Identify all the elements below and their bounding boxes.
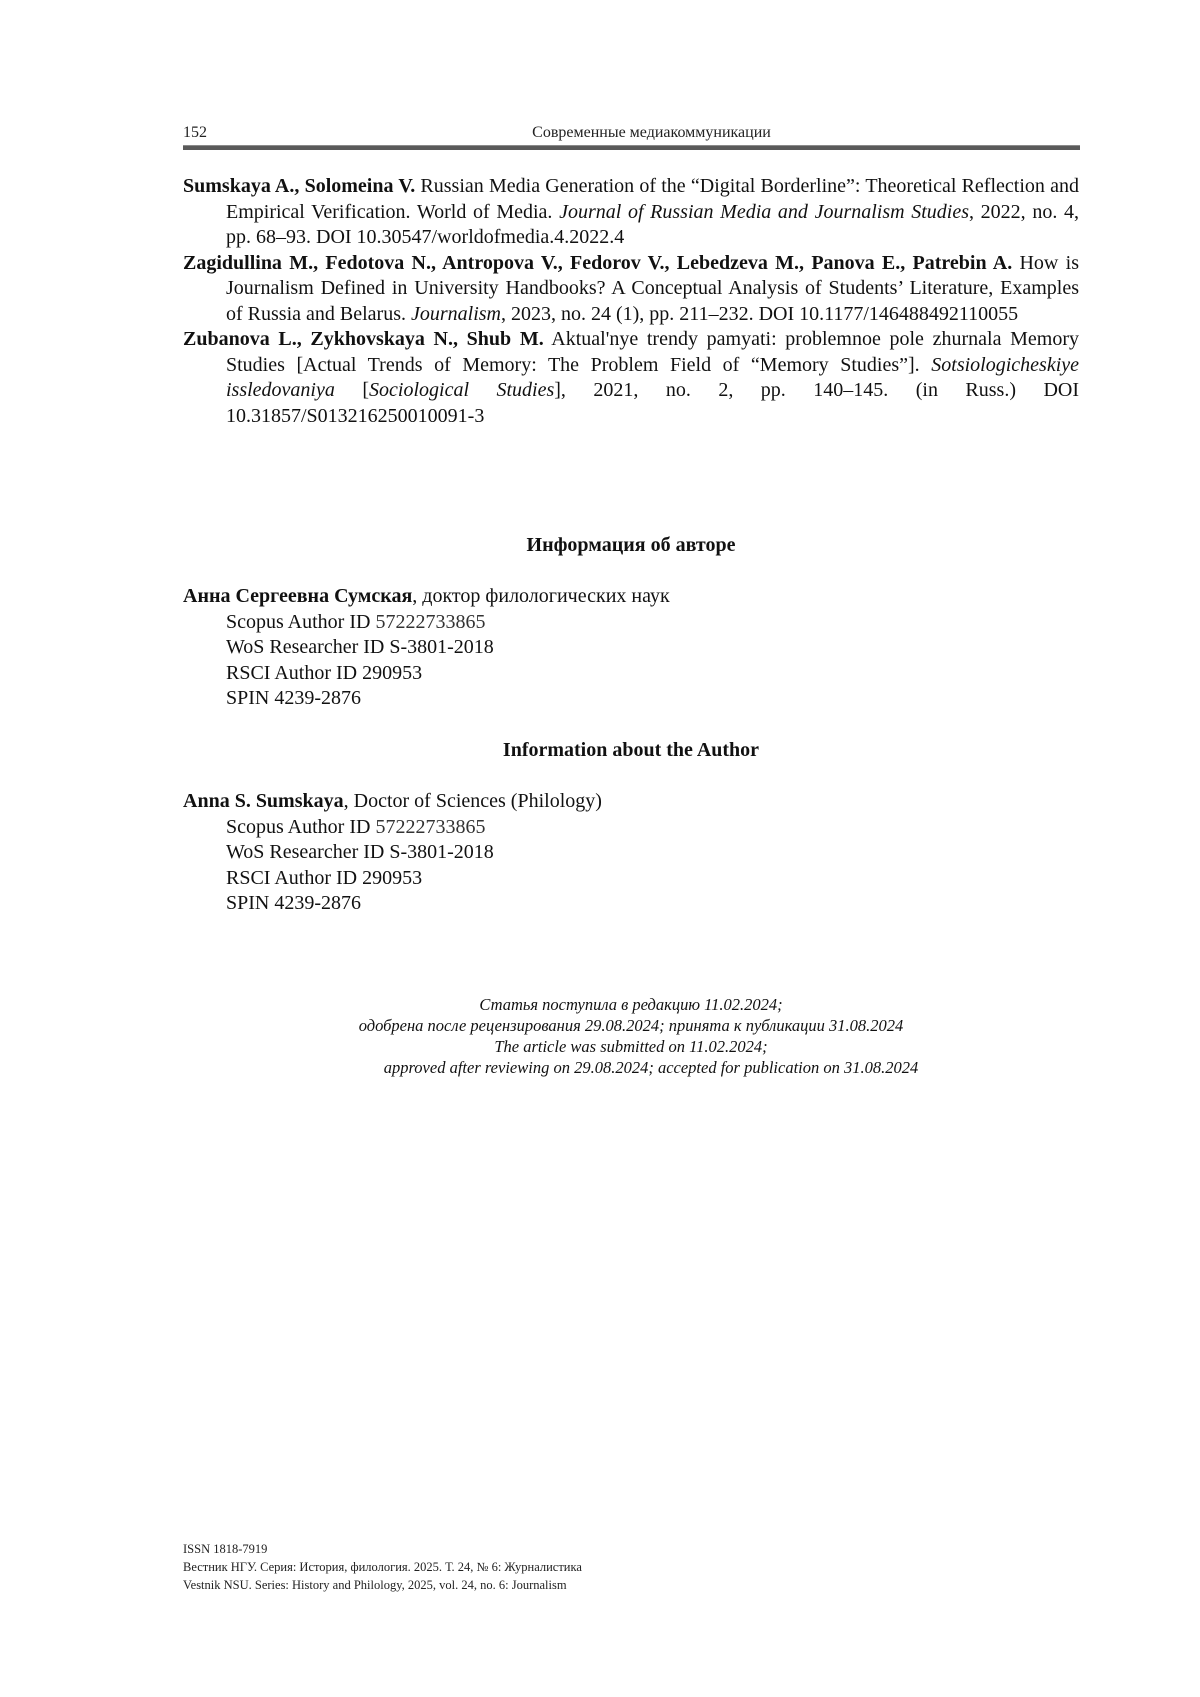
author-name: Anna S. Sumskaya <box>183 790 344 812</box>
reference-journal: Journal of Russian Media and Journalism … <box>559 201 969 223</box>
reference-authors: Zagidullina M., Fedotova N., Antropova V… <box>183 252 1012 274</box>
issn: ISSN 1818-7919 <box>183 1540 582 1558</box>
wos-id-line: WoS Researcher ID S-3801-2018 <box>183 635 1079 661</box>
spin-line: SPIN 4239-2876 <box>183 891 1079 917</box>
reference-details: , 2023, no. 24 (1), pp. 211–232. DOI 10.… <box>501 303 1018 325</box>
author-name-line: Anna S. Sumskaya, Doctor of Sciences (Ph… <box>183 789 1079 815</box>
scopus-id-line: Scopus Author ID 57222733865 <box>183 610 1079 636</box>
dates-en-line-2: approved after reviewing on 29.08.2024; … <box>183 1057 1079 1078</box>
scopus-id-link[interactable]: 57222733865 <box>375 611 485 633</box>
author-info-ru: Анна Сергеевна Сумская, доктор филологич… <box>183 584 1079 712</box>
header-rule <box>183 145 1080 150</box>
rsci-id-value: 290953 <box>362 867 422 889</box>
spin-value: 4239-2876 <box>274 687 361 709</box>
rsci-id-line: RSCI Author ID 290953 <box>183 661 1079 687</box>
dates-ru-line-2: одобрена после рецензирования 29.08.2024… <box>183 1015 1079 1036</box>
rsci-id-value: 290953 <box>362 662 422 684</box>
wos-id-value: S-3801-2018 <box>389 841 493 863</box>
journal-citation-ru: Вестник НГУ. Серия: История, филология. … <box>183 1558 582 1576</box>
wos-id-line: WoS Researcher ID S-3801-2018 <box>183 840 1079 866</box>
reference-authors: Sumskaya A., Solomeina V. <box>183 175 415 197</box>
author-info-en: Anna S. Sumskaya, Doctor of Sciences (Ph… <box>183 789 1079 917</box>
author-name-line: Анна Сергеевна Сумская, доктор филологич… <box>183 584 1079 610</box>
page-footer: ISSN 1818-7919 Вестник НГУ. Серия: Истор… <box>183 1540 582 1594</box>
author-info-title-en: Information about the Author <box>183 739 1079 762</box>
dates-en-line-1: The article was submitted on 11.02.2024; <box>183 1036 1079 1057</box>
reference-journal-translation: Sociological Studies <box>369 379 554 401</box>
reference-item: Zubanova L., Zykhovskaya N., Shub M. Akt… <box>183 327 1079 429</box>
scopus-id-line: Scopus Author ID 57222733865 <box>183 815 1079 841</box>
reference-bracket: [ <box>335 379 369 401</box>
reference-item: Sumskaya A., Solomeina V. Russian Media … <box>183 174 1079 251</box>
author-name: Анна Сергеевна Сумская <box>183 585 412 607</box>
rsci-id-line: RSCI Author ID 290953 <box>183 866 1079 892</box>
spin-value: 4239-2876 <box>274 892 361 914</box>
author-degree: , доктор филологических наук <box>412 585 669 607</box>
reference-authors: Zubanova L., Zykhovskaya N., Shub M. <box>183 328 544 350</box>
author-degree: , Doctor of Sciences (Philology) <box>344 790 602 812</box>
reference-item: Zagidullina M., Fedotova N., Antropova V… <box>183 251 1079 328</box>
reference-journal: Journalism <box>411 303 501 325</box>
page-header: 152 Современные медиакоммуникации <box>183 121 1080 149</box>
spin-line: SPIN 4239-2876 <box>183 686 1079 712</box>
scopus-id-link[interactable]: 57222733865 <box>375 816 485 838</box>
reference-list: Sumskaya A., Solomeina V. Russian Media … <box>183 174 1079 429</box>
running-title: Современные медиакоммуникации <box>183 124 1080 142</box>
wos-id-value: S-3801-2018 <box>389 636 493 658</box>
journal-citation-en: Vestnik NSU. Series: History and Philolo… <box>183 1576 582 1594</box>
article-dates: Статья поступила в редакцию 11.02.2024; … <box>183 994 1079 1078</box>
dates-ru-line-1: Статья поступила в редакцию 11.02.2024; <box>183 994 1079 1015</box>
author-info-title-ru: Информация об авторе <box>183 534 1079 557</box>
